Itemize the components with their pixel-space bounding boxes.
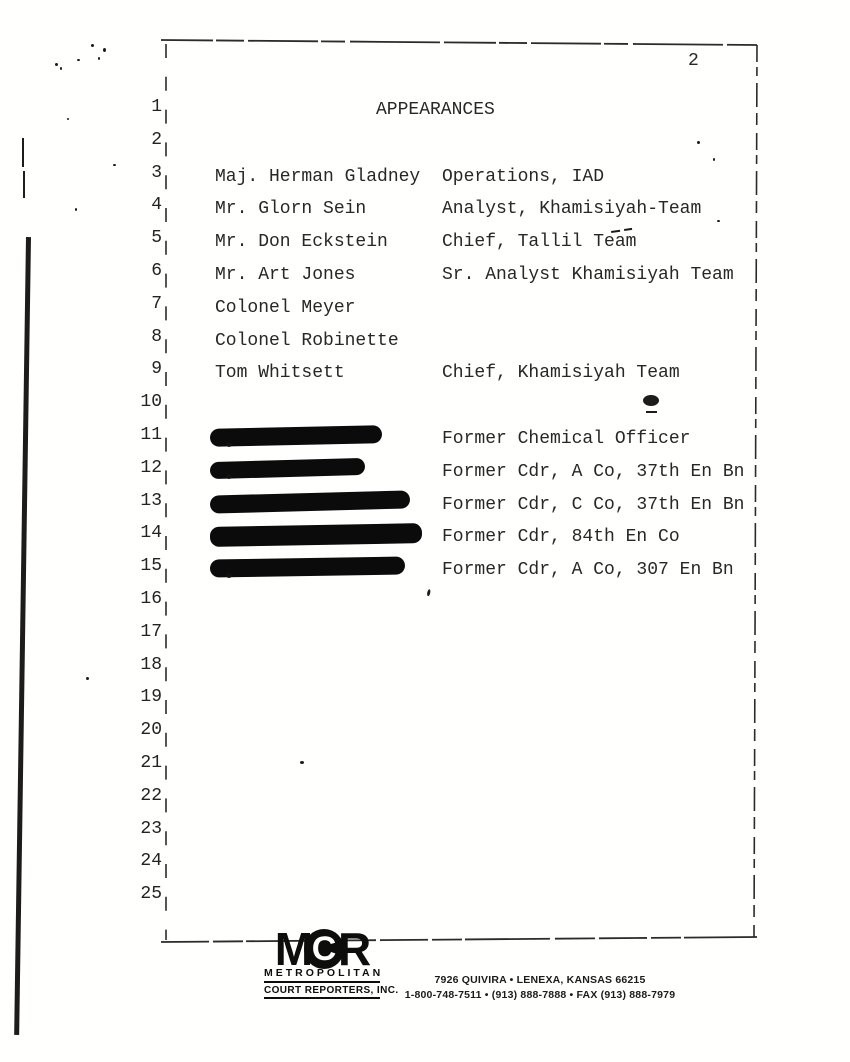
line-number: 16 <box>40 586 162 612</box>
line-number: 5 <box>40 225 162 251</box>
line-number: 13 <box>40 488 162 514</box>
scan-mark <box>717 220 720 222</box>
scan-mark <box>103 48 106 52</box>
line-number: 3 <box>40 160 162 186</box>
entry-name: Colonel Robinette <box>215 328 399 354</box>
entry-name: Colonel Meyer <box>215 295 355 321</box>
page-number: 2 <box>688 48 699 74</box>
entry-role: Former Chemical Officer <box>442 426 690 452</box>
logo-letter-c: C <box>312 930 337 969</box>
line-number: 25 <box>40 881 162 907</box>
reporter-contact-block: 7926 QUIVIRA • LENEXA, KANSAS 66215 1-80… <box>398 974 682 1001</box>
redaction-bar <box>210 523 422 547</box>
logo-company-name: METROPOLITAN <box>264 967 380 983</box>
redaction-bar-tail <box>226 442 232 447</box>
scan-mark <box>22 138 24 167</box>
entry-name: Mr. Art Jones <box>215 262 355 288</box>
line-number: 6 <box>40 258 162 284</box>
entry-role: Former Cdr, A Co, 37th En Bn <box>442 459 744 485</box>
scan-mark <box>113 164 116 166</box>
line-number: 24 <box>40 848 162 874</box>
scan-mark <box>23 171 25 198</box>
entry-name: Mr. Glorn Sein <box>215 196 366 222</box>
line-number: 17 <box>40 619 162 645</box>
logo-acronym: M C R <box>264 928 380 970</box>
line-number: 18 <box>40 652 162 678</box>
entry-role: Chief, Khamisiyah Team <box>442 360 680 386</box>
line-number: 22 <box>40 783 162 809</box>
line-number: 9 <box>40 356 162 382</box>
redaction-bar <box>210 425 382 447</box>
reporter-phone: 1-800-748-7511 • (913) 888-7888 • FAX (9… <box>398 989 682 1001</box>
entry-name: Maj. Herman Gladney <box>215 164 420 190</box>
entry-role: Former Cdr, A Co, 307 En Bn <box>442 557 734 583</box>
line-number: 10 <box>40 389 162 415</box>
scan-mark <box>86 677 89 680</box>
scanned-transcript-page: 2 APPEARANCES 12345678910111213141516171… <box>0 0 850 1062</box>
redaction-bar <box>210 556 405 577</box>
line-number: 1 <box>40 94 162 120</box>
line-number: 12 <box>40 455 162 481</box>
scan-mark <box>713 158 715 161</box>
logo-disc-c-icon: C <box>304 929 344 969</box>
scan-mark <box>67 118 69 120</box>
logo-company-subname: COURT REPORTERS, INC. <box>264 983 380 999</box>
entry-role: Former Cdr, 84th En Co <box>442 524 680 550</box>
page-title: APPEARANCES <box>376 97 495 123</box>
scan-mark <box>697 141 700 144</box>
redaction-bar-tail <box>226 474 232 479</box>
entry-name: Tom Whitsett <box>215 360 345 386</box>
scan-mark <box>300 761 304 764</box>
redaction-bar-tail <box>226 573 232 578</box>
scan-mark <box>77 59 80 61</box>
scan-mark <box>98 57 100 60</box>
scan-mark <box>646 411 657 413</box>
entry-role: Former Cdr, C Co, 37th En Bn <box>442 492 744 518</box>
scan-mark <box>75 208 77 211</box>
line-number: 15 <box>40 553 162 579</box>
line-number: 2 <box>40 127 162 153</box>
scan-mark <box>60 67 62 70</box>
scan-mark <box>55 63 58 66</box>
line-number: 7 <box>40 291 162 317</box>
line-number: 4 <box>40 192 162 218</box>
reporter-address: 7926 QUIVIRA • LENEXA, KANSAS 66215 <box>398 974 682 986</box>
entry-role: Chief, Tallil Team <box>442 229 636 255</box>
line-number: 14 <box>40 520 162 546</box>
line-number: 20 <box>40 717 162 743</box>
line-number: 8 <box>40 324 162 350</box>
entry-role: Sr. Analyst Khamisiyah Team <box>442 262 734 288</box>
entry-role: Analyst, Khamisiyah-Team <box>442 196 701 222</box>
court-reporters-logo: M C R METROPOLITAN COURT REPORTERS, INC. <box>264 928 380 999</box>
line-number: 19 <box>40 684 162 710</box>
entry-role: Operations, IAD <box>442 164 604 190</box>
scan-mark <box>91 44 94 47</box>
line-number: 21 <box>40 750 162 776</box>
scan-mark <box>643 395 659 406</box>
line-number: 11 <box>40 422 162 448</box>
entry-name: Mr. Don Eckstein <box>215 229 388 255</box>
line-number: 23 <box>40 816 162 842</box>
